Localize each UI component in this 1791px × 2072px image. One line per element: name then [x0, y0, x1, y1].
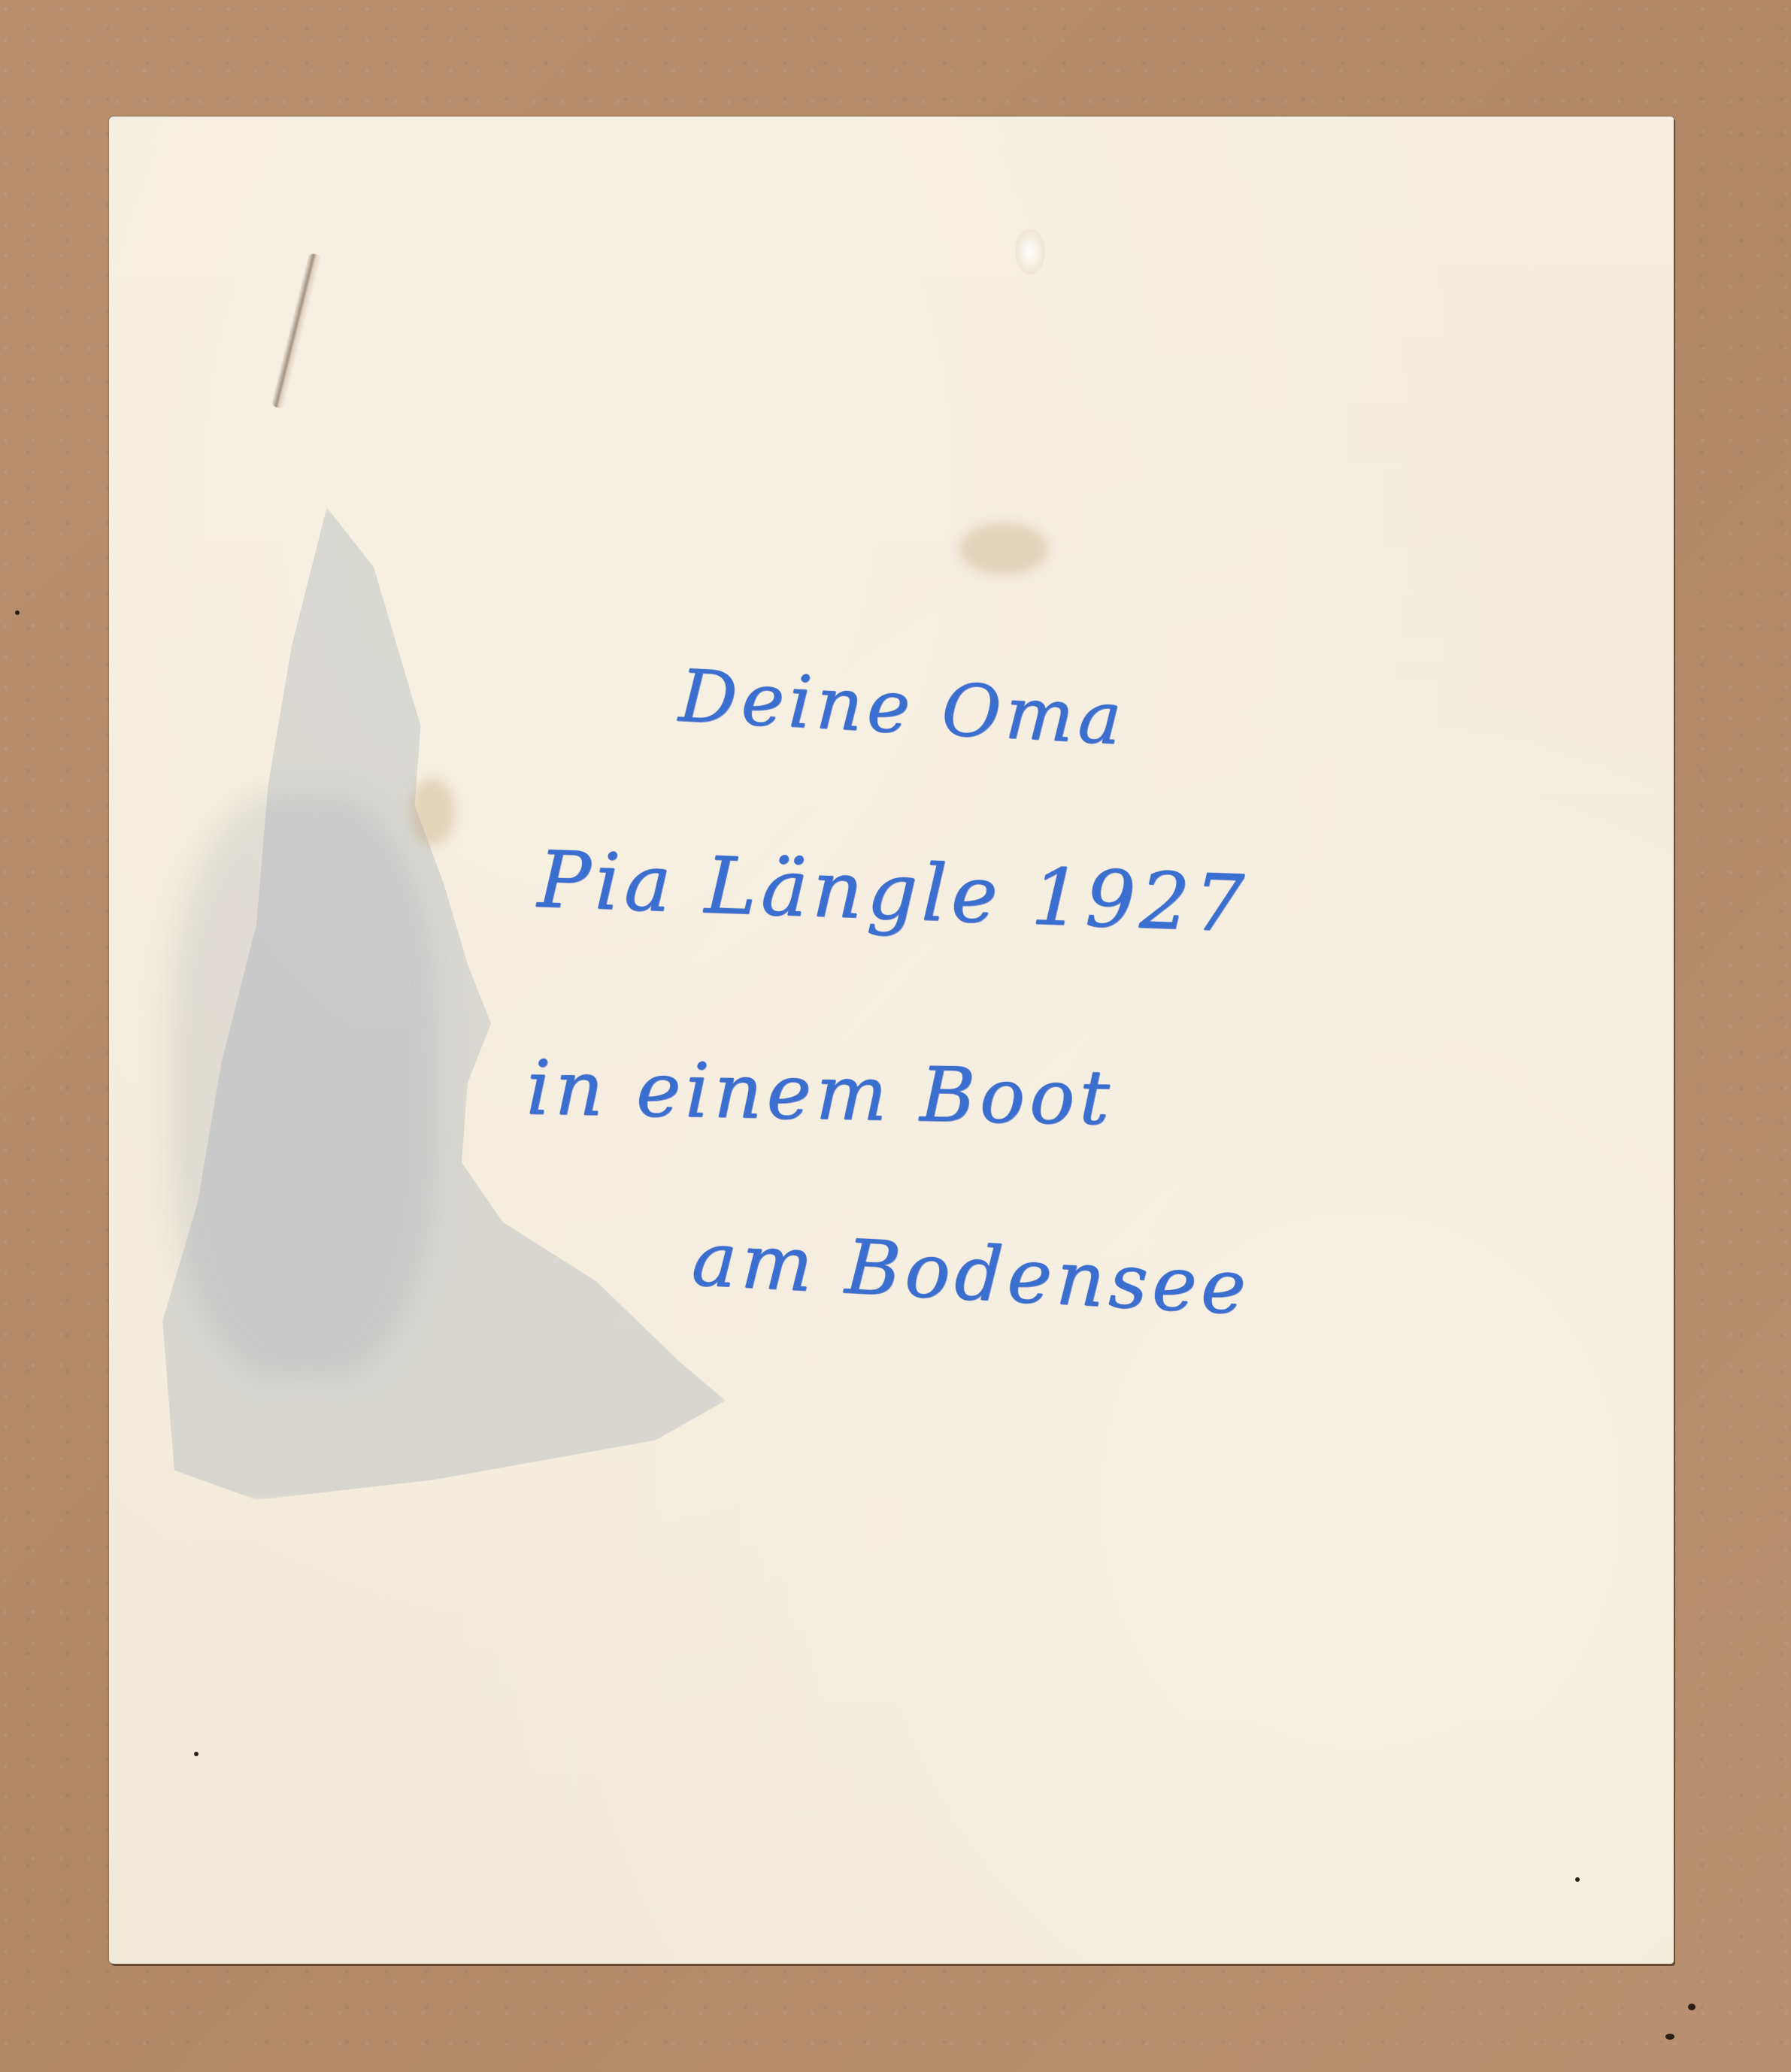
water-stain-shadow [169, 793, 440, 1380]
board-speck [15, 610, 20, 615]
handwriting-line-2: Pia Längle 1927 [536, 834, 1250, 950]
foxing-spot [959, 523, 1049, 575]
foxing-spot [410, 778, 455, 846]
handwriting-line-1: Deine Oma [677, 654, 1128, 762]
paper-tear [271, 253, 322, 409]
handwriting-line-4: am Bodensee [689, 1215, 1252, 1332]
photo-back-card: Deine Oma Pia Längle 1927 in einem Boot … [109, 117, 1674, 1964]
board-speck [1665, 2034, 1674, 2040]
paper-nick [1015, 229, 1045, 274]
board-speck [1688, 2004, 1696, 2010]
speck [194, 1752, 198, 1756]
speck [1575, 1877, 1580, 1882]
handwriting-line-3: in einem Boot [526, 1044, 1115, 1142]
